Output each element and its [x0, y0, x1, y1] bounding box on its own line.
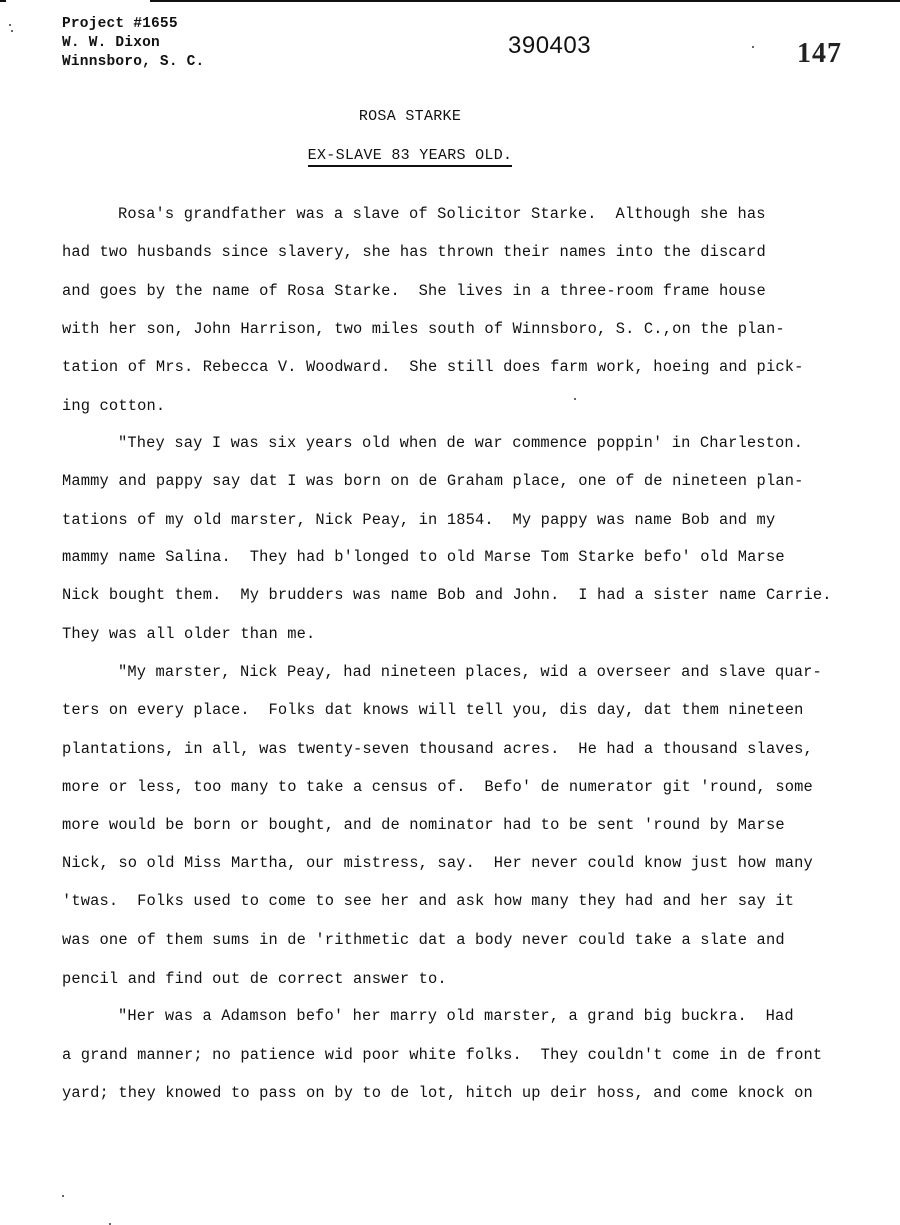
text-line: tations of my old marster, Nick Peay, in… — [62, 510, 775, 530]
scan-speck — [752, 46, 754, 48]
text-line: Mammy and pappy say dat I was born on de… — [62, 471, 804, 491]
text-line: Nick bought them. My brudders was name B… — [62, 585, 832, 605]
scan-speck — [574, 398, 576, 400]
text-line: more or less, too many to take a census … — [62, 777, 813, 797]
accession-stamp: 390403 — [508, 32, 591, 60]
text-line: ing cotton. — [62, 396, 165, 416]
text-line: plantations, in all, was twenty-seven th… — [62, 739, 813, 759]
text-line: mammy name Salina. They had b'longed to … — [62, 547, 785, 567]
scan-top-edge-left — [0, 0, 6, 2]
text-line: was one of them sums in de 'rithmetic da… — [62, 930, 785, 950]
text-line: "Her was a Adamson befo' her marry old m… — [118, 1006, 794, 1026]
text-line: "They say I was six years old when de wa… — [118, 433, 803, 453]
text-line: a grand manner; no patience wid poor whi… — [62, 1045, 822, 1065]
text-line: "My marster, Nick Peay, had nineteen pla… — [118, 662, 822, 682]
text-line: had two husbands since slavery, she has … — [62, 242, 766, 262]
text-line: Rosa's grandfather was a slave of Solici… — [118, 204, 766, 224]
scan-speck — [11, 30, 13, 32]
text-line: tation of Mrs. Rebecca V. Woodward. She … — [62, 357, 804, 377]
text-line: ters on every place. Folks dat knows wil… — [62, 700, 804, 720]
text-line: with her son, John Harrison, two miles s… — [62, 319, 785, 339]
author-name: W. W. Dixon — [62, 34, 204, 53]
page-number: 147 — [797, 38, 842, 70]
document-header: Project #1655 W. W. Dixon Winnsboro, S. … — [62, 15, 204, 72]
text-line: They was all older than me. — [62, 624, 315, 644]
text-line: and goes by the name of Rosa Starke. She… — [62, 281, 766, 301]
text-line: Nick, so old Miss Martha, our mistress, … — [62, 853, 813, 873]
text-line: 'twas. Folks used to come to see her and… — [62, 891, 794, 911]
text-line: pencil and find out de correct answer to… — [62, 969, 447, 989]
text-line: yard; they knowed to pass on by to de lo… — [62, 1083, 813, 1103]
author-location: Winnsboro, S. C. — [62, 53, 204, 72]
narrative-title: ROSA STARKE — [0, 108, 820, 125]
scan-top-edge — [150, 0, 900, 2]
subtitle-text: EX-SLAVE 83 YEARS OLD. — [308, 147, 513, 167]
project-number: Project #1655 — [62, 15, 204, 34]
narrative-subtitle: EX-SLAVE 83 YEARS OLD. — [0, 147, 820, 164]
scan-speck — [9, 24, 11, 26]
text-line: more would be born or bought, and de nom… — [62, 815, 785, 835]
scan-speck — [62, 1195, 64, 1197]
